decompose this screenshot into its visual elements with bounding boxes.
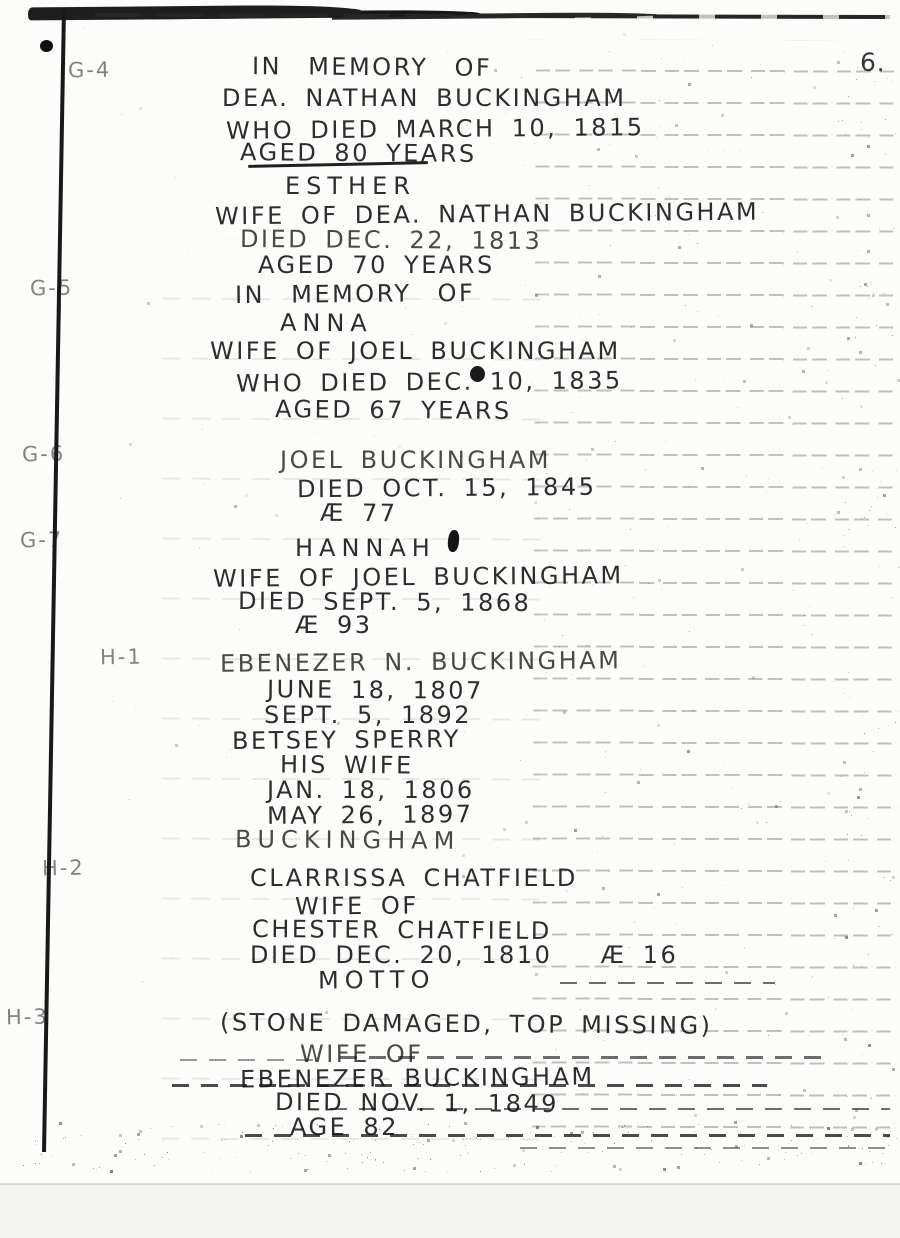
inscription-line: IN MEMORY OF bbox=[252, 54, 492, 80]
inscription-line: DIED OCT. 15, 1845 bbox=[297, 475, 597, 502]
inscription-line: HANNAH bbox=[295, 536, 436, 560]
inscription-line: HIS WIFE bbox=[280, 753, 414, 778]
inscription-line: BUCKINGHAM bbox=[235, 827, 460, 853]
plot-label-h2: H-2 bbox=[42, 856, 85, 881]
plot-label-g4: G-4 bbox=[68, 58, 112, 83]
inscription-line: AGED 80 YEARS bbox=[240, 140, 477, 166]
scan-noise bbox=[0, 0, 1, 1]
inscription-line: ESTHER bbox=[285, 174, 416, 198]
plot-label-g6: G-6 bbox=[22, 442, 66, 467]
inscription-line: DIED DEC. 22, 1813 bbox=[240, 227, 543, 253]
inscription-line: AGED 70 YEARS bbox=[258, 253, 495, 277]
inscription-line: JAN. 18, 1806 bbox=[267, 778, 475, 802]
scan-artifact-below-page bbox=[0, 1185, 900, 1238]
inscription-line: AGE 82 bbox=[290, 1115, 399, 1139]
inscription-line: DEA. NATHAN BUCKINGHAM bbox=[222, 86, 626, 110]
inscription-line: IN MEMORY OF bbox=[235, 281, 475, 307]
plot-label-g5: G-5 bbox=[30, 276, 74, 301]
inscription-line: (STONE DAMAGED, TOP MISSING) bbox=[220, 1010, 713, 1037]
inscription-line: SEPT. 5, 1892 bbox=[264, 703, 472, 727]
inscription-line: WIFE OF bbox=[300, 1042, 424, 1066]
inscription-line: CLARRISSA CHATFIELD bbox=[250, 866, 578, 890]
ruled-dash-line bbox=[560, 982, 775, 984]
inscription-line: JOEL BUCKINGHAM bbox=[280, 448, 551, 472]
inscription-line: DIED DEC. 20, 1810 Æ 16 bbox=[250, 943, 678, 967]
inscription-line: EBENEZER N. BUCKINGHAM bbox=[220, 648, 622, 676]
page-number: 6. bbox=[860, 48, 887, 78]
inscription-line: AGED 67 YEARS bbox=[275, 397, 512, 423]
inscription-line: WHO DIED DEC. 10, 1835 bbox=[236, 368, 623, 395]
inscription-line: Æ 77 bbox=[320, 501, 398, 526]
plot-label-h3: H-3 bbox=[6, 1005, 49, 1030]
inscription-line: WIFE OF DEA. NATHAN BUCKINGHAM bbox=[215, 200, 759, 229]
inscription-line: CHESTER CHATFIELD bbox=[252, 917, 552, 943]
scan-artifact-ink-dot bbox=[40, 40, 53, 52]
ruled-dash-line bbox=[520, 1147, 890, 1149]
inscription-line: BETSEY SPERRY bbox=[232, 727, 461, 753]
scanned-cemetery-record-page: 6. G-4 G-5 G-6 G-7 H-1 H-2 H-3 IN MEMORY… bbox=[0, 0, 900, 1238]
inscription-line: WIFE OF JOEL BUCKINGHAM bbox=[210, 339, 621, 363]
inscription-line: DIED SEPT. 5, 1868 bbox=[238, 589, 532, 615]
inscription-line: MOTTO bbox=[318, 967, 436, 992]
inscription-line: ANNA bbox=[280, 311, 373, 336]
inscription-line: Æ 93 bbox=[295, 613, 373, 637]
plot-label-h1: H-1 bbox=[100, 645, 143, 670]
inscription-line: MAY 26, 1897 bbox=[267, 802, 474, 828]
plot-label-g7: G-7 bbox=[20, 528, 64, 553]
inscription-line: JUNE 18, 1807 bbox=[267, 677, 484, 703]
